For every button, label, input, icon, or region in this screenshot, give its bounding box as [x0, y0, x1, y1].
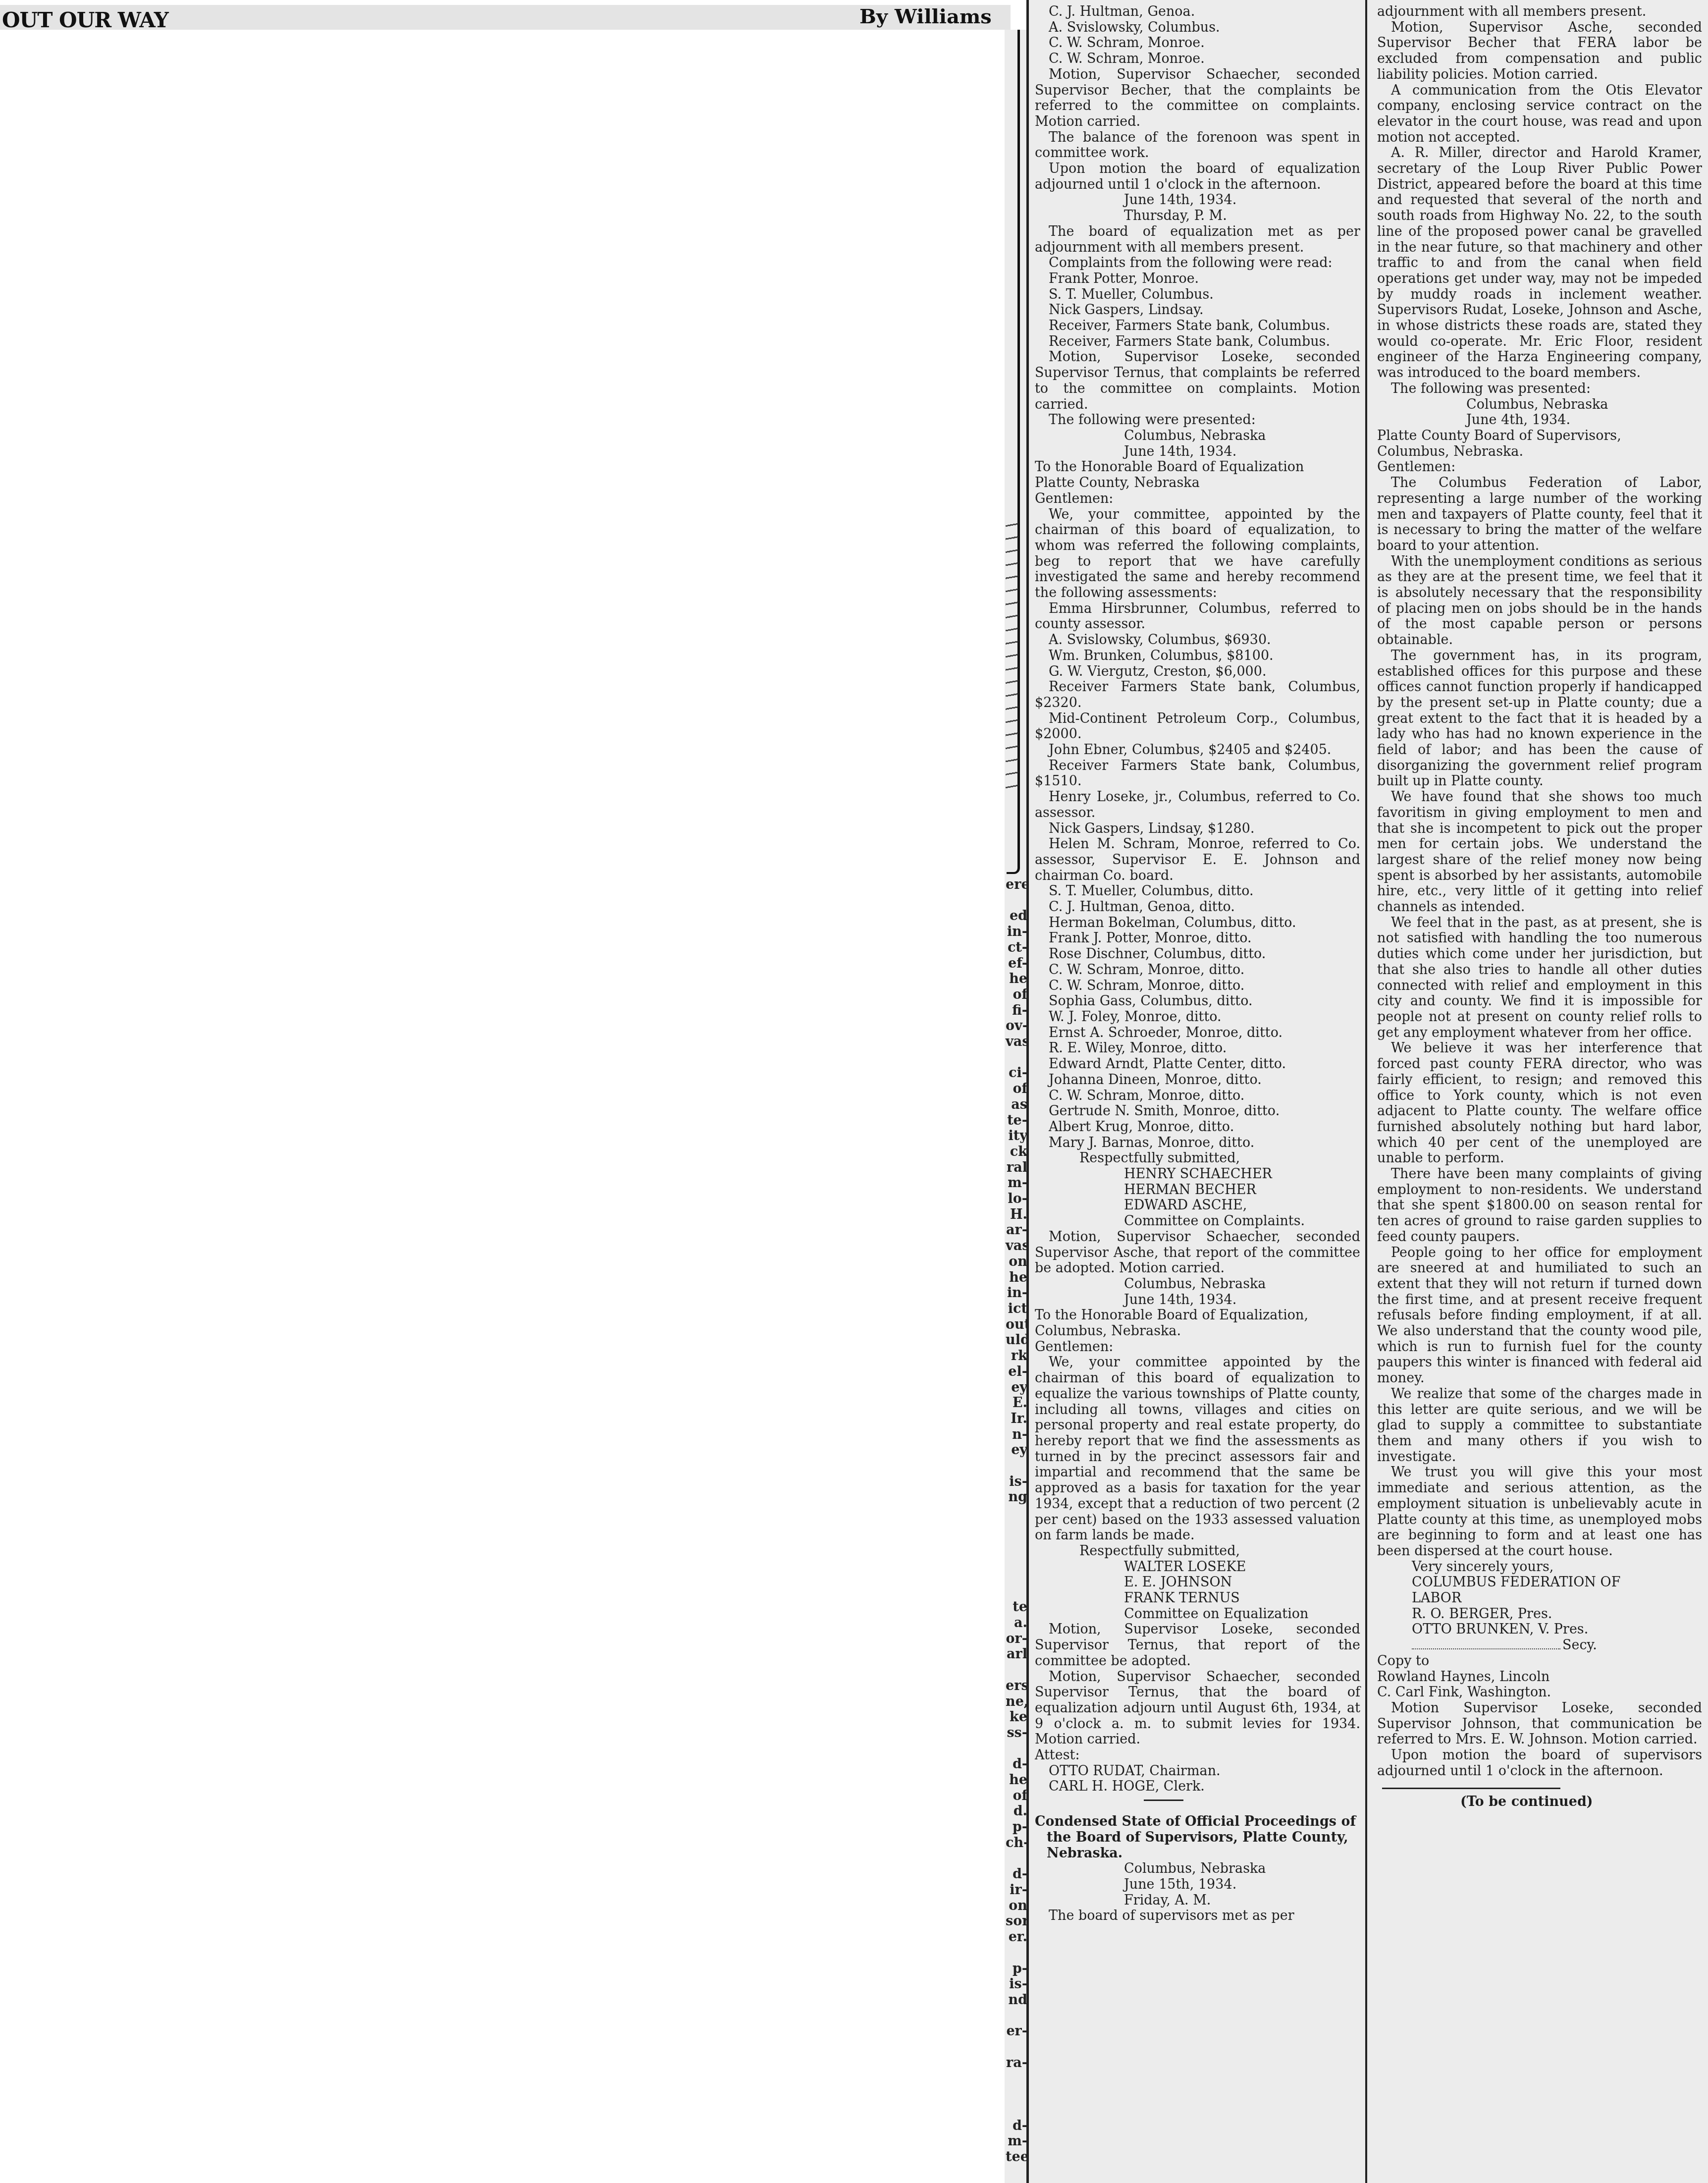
assessment-item: C. W. Schram, Monroe, ditto. — [1035, 1088, 1360, 1104]
paragraph: Complaints from the following were read: — [1035, 255, 1360, 271]
dateline: June 14th, 1934. — [1035, 444, 1360, 460]
signer-name: FRANK TERNUS — [1035, 1590, 1360, 1606]
dateline: Columbus, Nebraska — [1035, 1276, 1360, 1292]
column-right: adjournment with all members present. Mo… — [1367, 0, 1708, 2183]
motion-paragraph: Motion, Supervisor Schaecher, seconded S… — [1035, 1669, 1360, 1748]
committee-name: Committee on Equalization — [1035, 1606, 1360, 1622]
motion-paragraph: Motion, Supervisor Schaecher, seconded S… — [1035, 67, 1360, 130]
assessment-item: Wm. Brunken, Columbus, $8100. — [1035, 648, 1360, 664]
assessment-item: W. J. Foley, Monroe, ditto. — [1035, 1009, 1360, 1025]
assessment-item: Edward Arndt, Platte Center, ditto. — [1035, 1056, 1360, 1072]
column-right-text: adjournment with all members present. Mo… — [1367, 4, 1708, 1810]
complaint-item: Nick Gaspers, Lindsay. — [1035, 302, 1360, 318]
paragraph: Upon motion the board of equalization ad… — [1035, 161, 1360, 192]
attest-label: Attest: — [1035, 1747, 1360, 1763]
officer-name: R. O. BERGER, Pres. — [1377, 1606, 1702, 1622]
dateline: June 15th, 1934. — [1035, 1877, 1360, 1893]
assessment-item: Herman Bokelman, Columbus, ditto. — [1035, 915, 1360, 931]
section-divider — [1382, 1788, 1560, 1789]
dateline: June 14th, 1934. — [1035, 1292, 1360, 1308]
organization-name: LABOR — [1377, 1590, 1702, 1606]
dateline: Columbus, Nebraska — [1035, 428, 1360, 444]
salutation: Gentlemen: — [1377, 459, 1702, 475]
salutation: Gentlemen: — [1035, 491, 1360, 507]
list-item: A. Svislowsky, Columbus. — [1035, 20, 1360, 36]
letter-paragraph: The Columbus Federation of Labor, repres… — [1377, 475, 1702, 554]
assessment-item: Albert Krug, Monroe, ditto. — [1035, 1119, 1360, 1135]
letter-paragraph: We trust you will give this your most im… — [1377, 1465, 1702, 1559]
section-heading: Condensed State of Official Proceedings … — [1035, 1814, 1360, 1861]
complaint-item: Frank Potter, Monroe. — [1035, 271, 1360, 287]
assessment-item: S. T. Mueller, Columbus, ditto. — [1035, 883, 1360, 899]
signer-name: HENRY SCHAECHER — [1035, 1166, 1360, 1182]
assessment-item: C. W. Schram, Monroe, ditto. — [1035, 962, 1360, 978]
committee-name: Committee on Complaints. — [1035, 1213, 1360, 1229]
dateline: Thursday, P. M. — [1035, 208, 1360, 224]
complaint-item: Receiver, Farmers State bank, Columbus. — [1035, 334, 1360, 350]
letter-paragraph: We believe it was her interference that … — [1377, 1040, 1702, 1166]
section-divider — [1144, 1800, 1183, 1801]
paragraph: The board of supervisors met as per — [1035, 1908, 1360, 1924]
assessment-item: Emma Hirsbrunner, Columbus, referred to … — [1035, 601, 1360, 632]
paragraph: Upon motion the board of supervisors adj… — [1377, 1747, 1702, 1779]
secretary-line: Secy. — [1377, 1637, 1702, 1653]
dateline: June 4th, 1934. — [1377, 412, 1702, 428]
signoff: Respectfully submitted, — [1035, 1150, 1360, 1166]
addressee: Columbus, Nebraska. — [1035, 1323, 1360, 1339]
addressee: Platte County Board of Supervisors, — [1377, 428, 1702, 444]
attest-name: CARL H. HOGE, Clerk. — [1035, 1779, 1360, 1795]
letter-paragraph: We have found that she shows too much fa… — [1377, 789, 1702, 915]
officer-name: OTTO BRUNKEN, V. Pres. — [1377, 1622, 1702, 1637]
addressee: Platte County, Nebraska — [1035, 475, 1360, 491]
dateline: Friday, A. M. — [1035, 1893, 1360, 1909]
motion-paragraph: Motion, Supervisor Asche, seconded Super… — [1377, 20, 1702, 83]
organization-name: COLUMBUS FEDERATION OF — [1377, 1575, 1702, 1590]
to-be-continued: (To be continued) — [1377, 1794, 1702, 1810]
addressee: To the Honorable Board of Equalization, — [1035, 1308, 1360, 1323]
assessment-item: G. W. Viergutz, Creston, $6,000. — [1035, 664, 1360, 680]
motion-paragraph: Motion Supervisor Loseke, seconded Super… — [1377, 1700, 1702, 1747]
column-middle: C. J. Hultman, Genoa. A. Svislowsky, Col… — [1029, 0, 1365, 2183]
signer-name: EDWARD ASCHE, — [1035, 1198, 1360, 1213]
report-paragraph: We, your committee, appointed by the cha… — [1035, 507, 1360, 601]
letter-paragraph: We realize that some of the charges made… — [1377, 1386, 1702, 1465]
paragraph: A. R. Miller, director and Harold Kramer… — [1377, 145, 1702, 381]
assessment-item: Rose Dischner, Columbus, ditto. — [1035, 946, 1360, 962]
paragraph: The balance of the forenoon was spent in… — [1035, 130, 1360, 161]
complaint-item: Receiver, Farmers State bank, Columbus. — [1035, 318, 1360, 334]
assessment-item: Helen M. Schram, Monroe, referred to Co.… — [1035, 836, 1360, 883]
motion-paragraph: Motion, Supervisor Schaecher, seconded S… — [1035, 1229, 1360, 1276]
column-middle-text: C. J. Hultman, Genoa. A. Svislowsky, Col… — [1029, 4, 1365, 1924]
signer-name: E. E. JOHNSON — [1035, 1575, 1360, 1590]
signer-name: HERMAN BECHER — [1035, 1182, 1360, 1198]
list-item: C. J. Hultman, Genoa. — [1035, 4, 1360, 20]
dateline: Columbus, Nebraska — [1035, 1861, 1360, 1877]
letter-paragraph: With the unemployment conditions as seri… — [1377, 554, 1702, 648]
list-item: C. W. Schram, Monroe. — [1035, 35, 1360, 51]
salutation: Gentlemen: — [1035, 1339, 1360, 1355]
copy-recipient: C. Carl Fink, Washington. — [1377, 1685, 1702, 1700]
assessment-item: C. W. Schram, Monroe, ditto. — [1035, 978, 1360, 994]
letter-paragraph: People going to her office for employmen… — [1377, 1245, 1702, 1386]
dateline: Columbus, Nebraska — [1377, 397, 1702, 413]
assessment-item: Henry Loseke, jr., Columbus, referred to… — [1035, 789, 1360, 820]
paragraph: The board of equalization met as per adj… — [1035, 224, 1360, 255]
paragraph: adjournment with all members present. — [1377, 4, 1702, 20]
addressee: Columbus, Nebraska. — [1377, 444, 1702, 460]
signoff: Respectfully submitted, — [1035, 1543, 1360, 1559]
assessment-item: Receiver Farmers State bank, Columbus, $… — [1035, 758, 1360, 789]
cropped-text-fragments: ere ed in- ct- ef- he of fi- ov- vas ci-… — [1006, 877, 1027, 2165]
assessment-item: Mary J. Barnas, Monroe, ditto. — [1035, 1135, 1360, 1151]
assessment-item: John Ebner, Columbus, $2405 and $2405. — [1035, 742, 1360, 758]
motion-paragraph: Motion, Supervisor Loseke, seconded Supe… — [1035, 349, 1360, 412]
letter-paragraph: There have been many complaints of givin… — [1377, 1166, 1702, 1245]
paragraph: The following was presented: — [1377, 381, 1702, 397]
assessment-item: Ernst A. Schroeder, Monroe, ditto. — [1035, 1025, 1360, 1041]
assessment-item: Gertrude N. Smith, Monroe, ditto. — [1035, 1103, 1360, 1119]
assessment-item: Nick Gaspers, Lindsay, $1280. — [1035, 821, 1360, 837]
paragraph: A communication from the Otis Elevator c… — [1377, 83, 1702, 146]
assessment-item: Mid-Continent Petroleum Corp., Columbus,… — [1035, 711, 1360, 742]
list-item: C. W. Schram, Monroe. — [1035, 51, 1360, 67]
copy-recipient: Rowland Haynes, Lincoln — [1377, 1669, 1702, 1685]
dateline: June 14th, 1934. — [1035, 192, 1360, 208]
letter-paragraph: We feel that in the past, as at present,… — [1377, 915, 1702, 1041]
attest-name: OTTO RUDAT, Chairman. — [1035, 1763, 1360, 1779]
signature-blank — [1412, 1648, 1560, 1649]
secretary-label: Secy. — [1562, 1637, 1597, 1653]
assessment-item: Receiver Farmers State bank, Columbus, $… — [1035, 679, 1360, 710]
assessment-item: Sophia Gass, Columbus, ditto. — [1035, 993, 1360, 1009]
comic-title: OUT OUR WAY — [2, 8, 168, 32]
assessment-item: Johanna Dineen, Monroe, ditto. — [1035, 1072, 1360, 1088]
signer-name: WALTER LOSEKE — [1035, 1559, 1360, 1575]
complaint-item: S. T. Mueller, Columbus. — [1035, 287, 1360, 303]
assessment-item: Frank J. Potter, Monroe, ditto. — [1035, 930, 1360, 946]
motion-paragraph: Motion, Supervisor Loseke, seconded Supe… — [1035, 1622, 1360, 1669]
comic-byline: By Williams — [859, 5, 992, 28]
copy-to-label: Copy to — [1377, 1653, 1702, 1669]
report-paragraph: We, your committee appointed by the chai… — [1035, 1355, 1360, 1543]
comic-zigzag-decoration — [1006, 520, 1018, 793]
letter-paragraph: The government has, in its program, esta… — [1377, 648, 1702, 789]
letter-closing: Very sincerely yours, — [1377, 1559, 1702, 1575]
paragraph: The following were presented: — [1035, 412, 1360, 428]
addressee: To the Honorable Board of Equalization — [1035, 459, 1360, 475]
assessment-item: A. Svislowsky, Columbus, $6930. — [1035, 632, 1360, 648]
assessment-item: C. J. Hultman, Genoa, ditto. — [1035, 899, 1360, 915]
assessment-item: R. E. Wiley, Monroe, ditto. — [1035, 1040, 1360, 1056]
